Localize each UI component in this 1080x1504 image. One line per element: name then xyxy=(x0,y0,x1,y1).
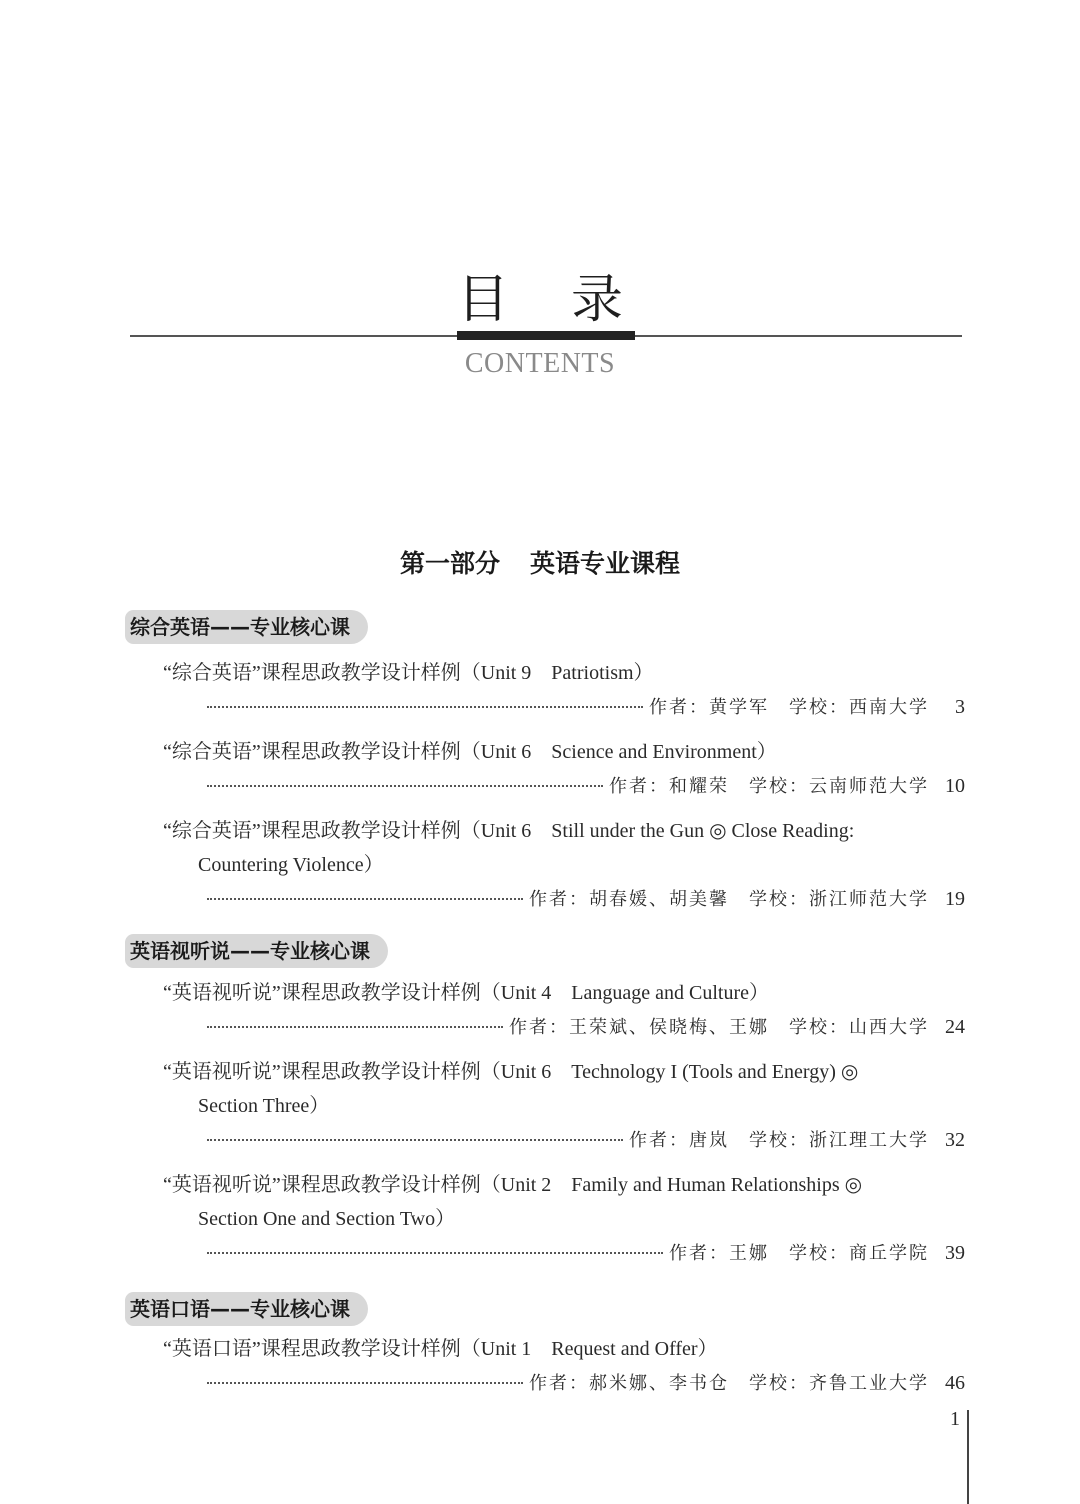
entry-title[interactable]: “英语口语”课程思政教学设计样例（Unit 1 Request and Offe… xyxy=(125,1332,965,1366)
section-badge: 英语视听说——专业核心课 xyxy=(125,934,388,968)
entry-title-line2: Countering Violence） xyxy=(163,848,965,882)
entry-meta-row: 作者：王娜 学校：商丘学院 39 xyxy=(125,1236,965,1271)
entry-title[interactable]: “综合英语”课程思政教学设计样例（Unit 6 Still under the … xyxy=(125,814,965,882)
title-divider-thick xyxy=(457,331,635,340)
entry-title[interactable]: “综合英语”课程思政教学设计样例（Unit 9 Patriotism） xyxy=(125,656,965,690)
dot-leader xyxy=(207,706,643,708)
entry-title[interactable]: “英语视听说”课程思政教学设计样例（Unit 6 Technology I (T… xyxy=(125,1055,965,1123)
entry-title-line1: “综合英语”课程思政教学设计样例（Unit 6 Still under the … xyxy=(163,820,854,842)
entry-meta-row: 作者：唐岚 学校：浙江理工大学 32 xyxy=(125,1123,965,1158)
page-title-en: CONTENTS xyxy=(0,348,1080,380)
toc-entry[interactable]: “英语视听说”课程思政教学设计样例（Unit 4 Language and Cu… xyxy=(125,976,965,1045)
entry-meta-row: 作者：和耀荣 学校：云南师范大学 10 xyxy=(125,769,965,804)
dot-leader xyxy=(207,1026,503,1028)
entry-meta-row: 作者：郝米娜、李书仓 学校：齐鲁工业大学 46 xyxy=(125,1366,965,1401)
entry-title-line1: “英语视听说”课程思政教学设计样例（Unit 2 Family and Huma… xyxy=(163,1174,862,1196)
toc-section: 英语视听说——专业核心课 “英语视听说”课程思政教学设计样例（Unit 4 La… xyxy=(125,934,965,1281)
entry-page-number[interactable]: 39 xyxy=(929,1236,965,1270)
entry-author-school: 作者：胡春媛、胡美馨 学校：浙江师范大学 xyxy=(529,883,929,917)
part-label: 第一部分 xyxy=(400,549,500,578)
toc-section: 综合英语——专业核心课 “综合英语”课程思政教学设计样例（Unit 9 Patr… xyxy=(125,610,965,927)
entry-author-school: 作者：唐岚 学校：浙江理工大学 xyxy=(629,1124,929,1158)
entry-author-school: 作者：黄学军 学校：西南大学 xyxy=(649,691,929,725)
section-badge: 综合英语——专业核心课 xyxy=(125,610,368,644)
entry-page-number[interactable]: 19 xyxy=(929,882,965,916)
entry-page-number[interactable]: 3 xyxy=(929,690,965,724)
part-heading: 第一部分英语专业课程 xyxy=(0,544,1080,580)
entry-page-number[interactable]: 10 xyxy=(929,769,965,803)
entry-meta-row: 作者：王荣斌、侯晓梅、王娜 学校：山西大学 24 xyxy=(125,1010,965,1045)
entry-page-number[interactable]: 24 xyxy=(929,1010,965,1044)
entry-title[interactable]: “英语视听说”课程思政教学设计样例（Unit 2 Family and Huma… xyxy=(125,1168,965,1236)
toc-section: 英语口语——专业核心课 “英语口语”课程思政教学设计样例（Unit 1 Requ… xyxy=(125,1292,965,1411)
dot-leader xyxy=(207,1382,523,1384)
section-badge: 英语口语——专业核心课 xyxy=(125,1292,368,1326)
dot-leader xyxy=(207,785,603,787)
toc-entry[interactable]: “英语口语”课程思政教学设计样例（Unit 1 Request and Offe… xyxy=(125,1332,965,1401)
entry-title[interactable]: “综合英语”课程思政教学设计样例（Unit 6 Science and Envi… xyxy=(125,735,965,769)
entry-author-school: 作者：王荣斌、侯晓梅、王娜 学校：山西大学 xyxy=(509,1011,929,1045)
entry-title[interactable]: “英语视听说”课程思政教学设计样例（Unit 4 Language and Cu… xyxy=(125,976,965,1010)
part-title: 英语专业课程 xyxy=(530,549,680,578)
dot-leader xyxy=(207,1252,663,1254)
toc-entry[interactable]: “综合英语”课程思政教学设计样例（Unit 9 Patriotism） 作者：黄… xyxy=(125,656,965,725)
entry-meta-row: 作者：胡春媛、胡美馨 学校：浙江师范大学 19 xyxy=(125,882,965,917)
entry-page-number[interactable]: 32 xyxy=(929,1123,965,1157)
entry-author-school: 作者：和耀荣 学校：云南师范大学 xyxy=(609,770,929,804)
entry-page-number[interactable]: 46 xyxy=(929,1366,965,1400)
entry-author-school: 作者：郝米娜、李书仓 学校：齐鲁工业大学 xyxy=(529,1367,929,1401)
toc-entry[interactable]: “英语视听说”课程思政教学设计样例（Unit 6 Technology I (T… xyxy=(125,1055,965,1158)
folio-rule xyxy=(967,1410,969,1504)
dot-leader xyxy=(207,898,523,900)
entry-title-line1: “英语视听说”课程思政教学设计样例（Unit 6 Technology I (T… xyxy=(163,1061,858,1083)
entry-author-school: 作者：王娜 学校：商丘学院 xyxy=(669,1237,929,1271)
toc-entry[interactable]: “英语视听说”课程思政教学设计样例（Unit 2 Family and Huma… xyxy=(125,1168,965,1271)
page-title-cn: 目录 xyxy=(0,268,1080,332)
toc-entry[interactable]: “综合英语”课程思政教学设计样例（Unit 6 Science and Envi… xyxy=(125,735,965,804)
entry-meta-row: 作者：黄学军 学校：西南大学 3 xyxy=(125,690,965,725)
entry-title-line2: Section Three） xyxy=(163,1089,965,1123)
dot-leader xyxy=(207,1139,623,1141)
entry-title-line2: Section One and Section Two） xyxy=(163,1202,965,1236)
page-folio: 1 xyxy=(950,1408,960,1431)
toc-entry[interactable]: “综合英语”课程思政教学设计样例（Unit 6 Still under the … xyxy=(125,814,965,917)
